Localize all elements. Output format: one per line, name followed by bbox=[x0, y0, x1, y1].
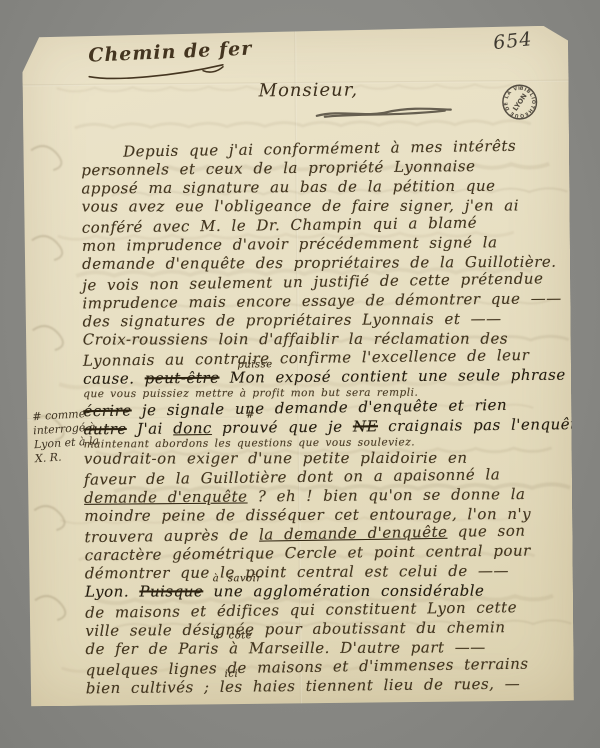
manuscript-line: démontrer que le point central est celui… bbox=[85, 562, 509, 583]
body-lines: Depuis que j'ai conformément à mes intér… bbox=[80, 26, 561, 706]
interline-insertion: ici bbox=[225, 669, 239, 680]
manuscript-line: bien cultivés ; les haies tiennent lieu … bbox=[86, 675, 521, 698]
manuscript-line: personnels et ceux de la propriété Lyonn… bbox=[81, 157, 475, 179]
manuscript-line: cause. peut-être Mon exposé contient une… bbox=[83, 366, 566, 388]
manuscript-text: personnels et ceux de la propriété Lyonn… bbox=[81, 157, 475, 179]
manuscript-text: des signatures de propriétaires Lyonnais… bbox=[83, 310, 502, 331]
manuscript-text: cause. bbox=[83, 369, 145, 388]
manuscript-line: mon imprudence d'avoir précédemment sign… bbox=[82, 233, 498, 255]
manuscript-text: J'ai bbox=[127, 419, 174, 438]
manuscript-text: trouvera auprès de bbox=[84, 526, 259, 547]
manuscript-text: mon imprudence d'avoir précédemment sign… bbox=[82, 233, 498, 255]
manuscript-text: bien cultivés ; les haies tiennent lieu … bbox=[86, 675, 521, 698]
manuscript-text: apposé ma signature au bas de la pétitio… bbox=[81, 177, 495, 198]
manuscript-text: vous avez eue l'obligeance de faire sign… bbox=[82, 196, 519, 215]
manuscript-struck-text: autre bbox=[83, 420, 126, 438]
manuscript-line: ville seule désignée pour aboutissant du… bbox=[85, 618, 505, 640]
manuscript-line: voudrait-on exiger d'une petite plaidoir… bbox=[84, 449, 468, 468]
manuscript-text: de fer de Paris à Marseille. D'autre par… bbox=[85, 638, 485, 658]
manuscript-line: Lyon. Puisque une agglomération considér… bbox=[85, 582, 485, 601]
manuscript-text: démontrer que le point central est celui… bbox=[85, 562, 509, 583]
manuscript-text: ? eh ! bien qu'on se donne la bbox=[247, 485, 525, 505]
manuscript-text: une agglomération considérable bbox=[203, 582, 484, 601]
interline-insertion: puisse bbox=[237, 359, 272, 370]
manuscript-line: de fer de Paris à Marseille. D'autre par… bbox=[85, 638, 485, 658]
manuscript-text: voudrait-on exiger d'une petite plaidoir… bbox=[84, 449, 468, 468]
manuscript-underline-text: la demande d'enquête bbox=[259, 523, 448, 544]
manuscript-text: ville seule désignée pour aboutissant du… bbox=[85, 618, 505, 640]
photograph-background: { "colors": { "background": "#898985", "… bbox=[0, 0, 600, 748]
manuscript-page: 654 Chemin de fer BIBLIOTHÈQUE DE LA VIL… bbox=[22, 26, 574, 707]
manuscript-struck-text: Puisque bbox=[139, 582, 203, 600]
interline-insertion: # bbox=[246, 410, 255, 421]
manuscript-line: vous avez eue l'obligeance de faire sign… bbox=[82, 196, 519, 215]
manuscript-text: prouvé que je bbox=[212, 417, 353, 437]
manuscript-text: craignais pas l'enquête. bbox=[378, 415, 592, 435]
manuscript-text: que son bbox=[447, 522, 525, 541]
manuscript-underline-text: donc bbox=[173, 419, 212, 437]
manuscript-line: Croix-roussiens loin d'affaiblir la récl… bbox=[83, 330, 508, 349]
manuscript-underline-text: demande d'enquête bbox=[84, 487, 248, 506]
manuscript-line: des signatures de propriétaires Lyonnais… bbox=[83, 310, 502, 331]
manuscript-text: Lyon. bbox=[85, 582, 139, 600]
manuscript-text: Croix-roussiens loin d'affaiblir la récl… bbox=[83, 330, 508, 349]
manuscript-struck-text: écrire bbox=[83, 401, 132, 420]
interline-insertion: à côté bbox=[213, 630, 252, 641]
manuscript-line: demande d'enquête ? eh ! bien qu'on se d… bbox=[84, 485, 525, 507]
manuscript-struck-text: NE bbox=[353, 417, 378, 435]
manuscript-line: apposé ma signature au bas de la pétitio… bbox=[81, 177, 495, 198]
interline-insertion: à savoir bbox=[213, 573, 262, 584]
manuscript-struck-text: peut-être bbox=[145, 369, 220, 388]
